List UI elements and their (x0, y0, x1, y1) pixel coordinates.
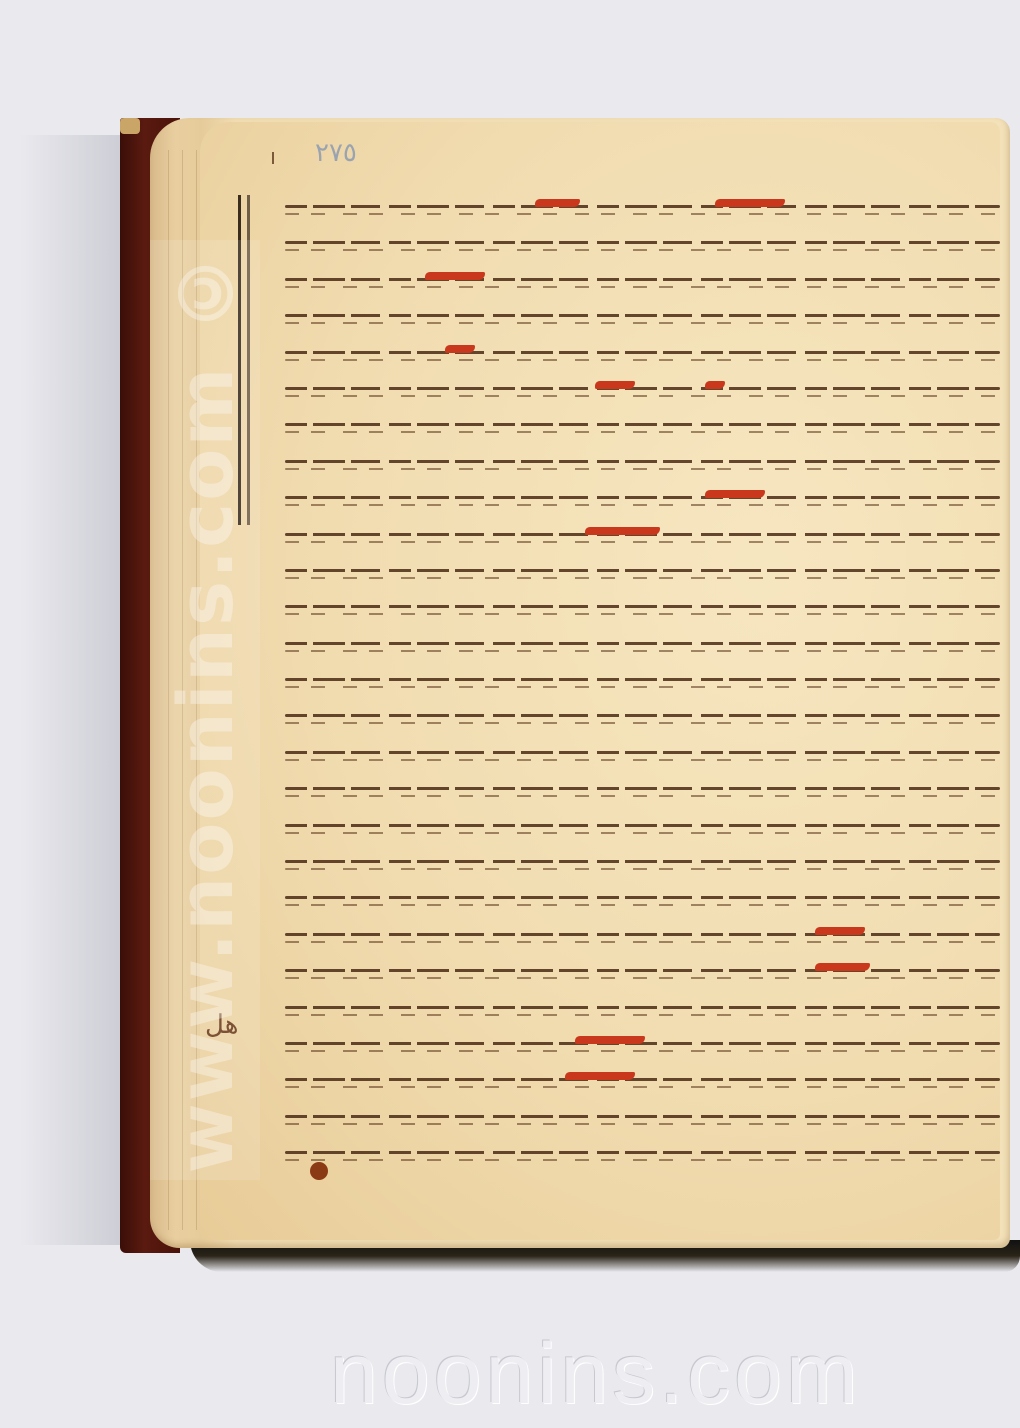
ink-stroke (285, 860, 1000, 863)
ink-stroke (285, 314, 1000, 317)
ink-stroke (285, 1159, 1000, 1161)
ink-stroke (285, 322, 1000, 324)
ink-stroke (285, 569, 1000, 572)
ink-stroke (285, 1086, 1000, 1088)
ink-stroke (285, 824, 1000, 827)
ink-stroke (285, 423, 1000, 426)
ink-stroke (285, 1151, 1000, 1154)
ink-stroke (285, 1014, 1000, 1016)
ink-stroke (285, 650, 1000, 652)
text-line (285, 777, 1000, 805)
ink-stroke (285, 249, 1000, 251)
ink-stroke (285, 496, 1000, 499)
text-line (285, 850, 1000, 878)
ink-stroke (285, 359, 1000, 361)
text-line (285, 741, 1000, 769)
red-rubric-overline (715, 199, 785, 207)
ink-stroke (285, 795, 1000, 797)
text-line (285, 486, 1000, 514)
ink-stroke (285, 787, 1000, 790)
ink-stroke (285, 1006, 1000, 1009)
ink-stroke (285, 504, 1000, 506)
ink-stroke (285, 686, 1000, 688)
ink-stroke (285, 1115, 1000, 1118)
ink-stroke (285, 969, 1000, 972)
background-shadow (20, 135, 130, 1245)
text-line (285, 886, 1000, 914)
ink-stroke (285, 1050, 1000, 1052)
red-rubric-overline (535, 199, 580, 207)
ink-stroke (285, 868, 1000, 870)
text-line (285, 304, 1000, 332)
ink-stroke (285, 933, 1000, 936)
ink-stroke (285, 278, 1000, 281)
manuscript-text-block (285, 195, 1000, 1178)
text-line (285, 668, 1000, 696)
text-line (285, 595, 1000, 623)
text-line (285, 959, 1000, 987)
red-rubric-overline (705, 490, 765, 498)
text-line (285, 195, 1000, 223)
ink-stroke (285, 213, 1000, 215)
ink-stroke (285, 1078, 1000, 1081)
text-line (285, 559, 1000, 587)
text-line (285, 1032, 1000, 1060)
ink-stroke (285, 722, 1000, 724)
text-line (285, 268, 1000, 296)
ink-stroke (285, 468, 1000, 470)
ink-stroke (285, 431, 1000, 433)
watermark-vertical: www.noonins.com © (150, 240, 260, 1180)
ink-stroke (285, 1123, 1000, 1125)
red-rubric-overline (575, 1036, 645, 1044)
ink-stroke (285, 351, 1000, 354)
text-line (285, 704, 1000, 732)
text-line (285, 923, 1000, 951)
ink-stroke (285, 286, 1000, 288)
ink-stroke (285, 460, 1000, 463)
ink-stroke (285, 904, 1000, 906)
page-tick-mark (272, 152, 274, 164)
ink-stroke (285, 977, 1000, 979)
ink-stroke (285, 642, 1000, 645)
text-line (285, 523, 1000, 551)
ink-stroke (285, 241, 1000, 244)
red-rubric-overline (585, 527, 660, 535)
red-rubric-overline (815, 963, 870, 971)
text-line (285, 450, 1000, 478)
ink-stroke (285, 387, 1000, 390)
red-rubric-overline (705, 381, 725, 389)
ink-stroke (285, 751, 1000, 754)
ink-stroke (285, 613, 1000, 615)
text-line (285, 632, 1000, 660)
ink-stroke (285, 896, 1000, 899)
ink-stroke (285, 678, 1000, 681)
red-rubric-overline (445, 345, 475, 353)
ink-stroke (285, 605, 1000, 608)
ink-stroke (285, 759, 1000, 761)
text-line (285, 1141, 1000, 1169)
ink-stroke (285, 941, 1000, 943)
text-line (285, 231, 1000, 259)
ink-stroke (285, 205, 1000, 208)
ink-stroke (285, 395, 1000, 397)
text-line (285, 1068, 1000, 1096)
text-line (285, 1105, 1000, 1133)
red-rubric-overline (425, 272, 485, 280)
watermark-bottom: noonins.com (330, 1325, 862, 1424)
text-line (285, 996, 1000, 1024)
ink-stroke (285, 832, 1000, 834)
text-line (285, 341, 1000, 369)
text-line (285, 377, 1000, 405)
ink-blot (310, 1162, 328, 1180)
ink-stroke (285, 714, 1000, 717)
red-rubric-overline (815, 927, 865, 935)
red-rubric-overline (595, 381, 635, 389)
text-line (285, 413, 1000, 441)
red-rubric-overline (565, 1072, 635, 1080)
ink-stroke (285, 577, 1000, 579)
ink-stroke (285, 541, 1000, 543)
folio-number: ٢٧٥ (315, 138, 357, 168)
text-line (285, 814, 1000, 842)
watermark-vertical-text: www.noonins.com © (161, 246, 250, 1173)
